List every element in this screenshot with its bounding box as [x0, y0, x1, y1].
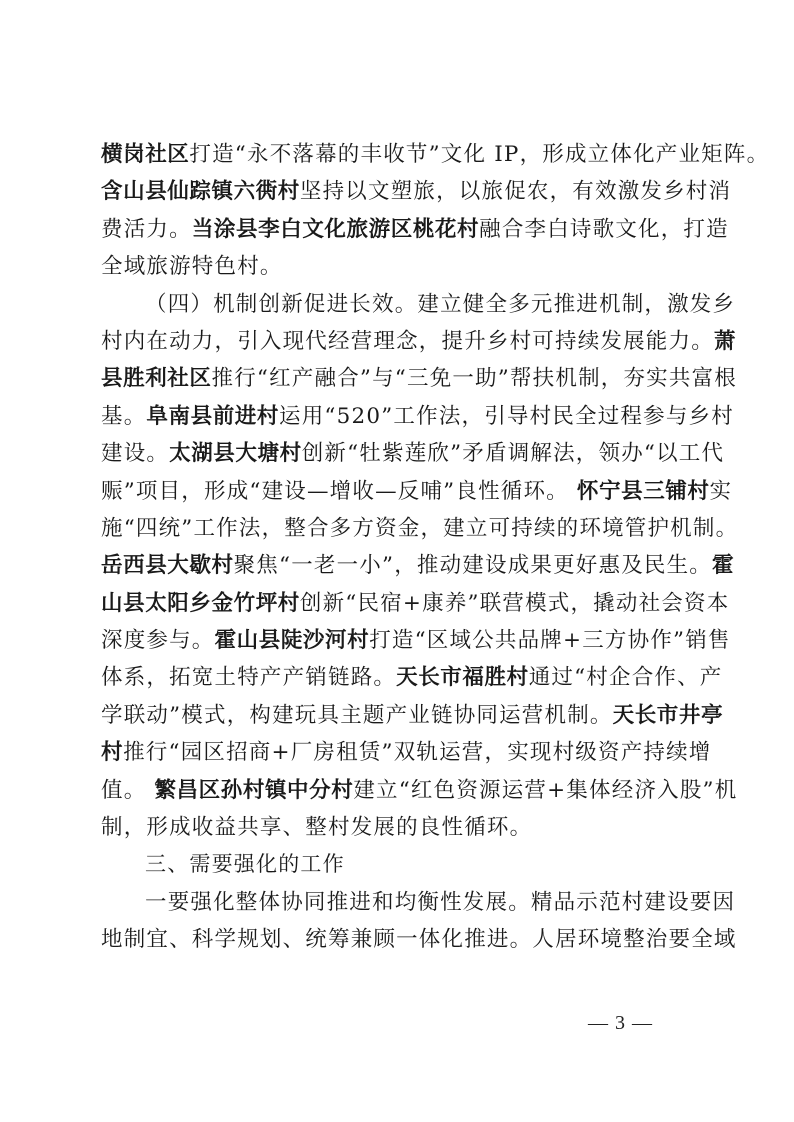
text-line: 值。 繁昌区孙村镇中分村建立“红色资源运营+集体经济入股”机: [101, 772, 701, 809]
text-segment: 聚焦“一老一小”，推动建设成果更好惠及民生。: [234, 553, 712, 578]
text-line: （四）机制创新促进长效。建立健全多元推进机制，激发乡: [101, 286, 701, 323]
text-segment: 通过“村企合作、产: [529, 665, 723, 690]
text-segment: 创新“民宿+康养”联营模式，撬动社会资本: [300, 591, 730, 616]
text-segment: 制，形成收益共享、整村发展的良性循环。: [101, 815, 532, 840]
text-segment: 深度参与。: [101, 628, 215, 653]
text-line: 县胜利社区推行“红产融合”与“三免一助”帮扶机制，夯实共富根: [101, 360, 701, 397]
bold-place-name: 村: [101, 740, 123, 765]
text-segment: 三、需要强化的工作: [145, 852, 345, 876]
bold-place-name: 阜南县前进村: [146, 404, 279, 429]
text-line: 山县太阳乡金竹坪村创新“民宿+康养”联营模式，撬动社会资本: [101, 585, 701, 622]
text-segment: 打造“永不落幕的丰收节”文化 IP，形成立体化产业矩阵。: [189, 142, 769, 167]
text-line: 制，形成收益共享、整村发展的良性循环。: [101, 809, 701, 846]
text-segment: 建立“红色资源运营+集体经济入股”机: [353, 778, 737, 803]
text-line: 村推行“园区招商+厂房租赁”双轨运营，实现村级资产持续增: [101, 734, 701, 771]
text-segment: 赈”项目，形成“建设—增收—反哺”良性循环。: [101, 479, 577, 504]
bold-place-name: 含山县仙踪镇六衖村: [101, 179, 300, 204]
text-line: 体系，拓宽土特产产销链路。天长市福胜村通过“村企合作、产: [101, 659, 701, 696]
text-line: 建设。太湖县大塘村创新“牡紫莲欣”矛盾调解法，领办“以工代: [101, 435, 701, 472]
text-segment: 基。: [101, 404, 146, 429]
body-text: 横岗社区打造“永不落幕的丰收节”文化 IP，形成立体化产业矩阵。含山县仙踪镇六衖…: [101, 136, 701, 959]
text-segment: 一要强化整体协同推进和均衡性发展。精品示范村建设要因: [145, 890, 735, 915]
text-line: 村内在动力，引入现代经营理念，提升乡村可持续发展能力。萧: [101, 323, 701, 360]
text-segment: （四）机制创新促进长效。建立健全多元推进机制，激发乡: [145, 292, 735, 317]
text-line: 一要强化整体协同推进和均衡性发展。精品示范村建设要因: [101, 884, 701, 921]
text-line: 施“四统”工作法，整合多方资金，建立可持续的环境管护机制。: [101, 510, 701, 547]
text-line: 赈”项目，形成“建设—增收—反哺”良性循环。 怀宁县三铺村实: [101, 473, 701, 510]
text-segment: 村内在动力，引入现代经营理念，提升乡村可持续发展能力。: [101, 329, 714, 354]
bold-place-name: 横岗社区: [101, 142, 189, 167]
bold-place-name: 山县太阳乡金竹坪村: [101, 591, 300, 616]
text-segment: 费活力。: [101, 217, 192, 242]
bold-place-name: 县胜利社区: [101, 366, 212, 391]
bold-place-name: 天长市井亭: [613, 703, 724, 728]
bold-place-name: 天长市福胜村: [396, 665, 529, 690]
bold-place-name: 太湖县大塘村: [169, 441, 302, 466]
text-line: 岳西县大歇村聚焦“一老一小”，推动建设成果更好惠及民生。霍: [101, 547, 701, 584]
text-segment: 体系，拓宽土特产产销链路。: [101, 665, 396, 690]
text-segment: 值。: [101, 778, 154, 803]
page-number: — 3 —: [588, 1012, 653, 1035]
text-line: 含山县仙踪镇六衖村坚持以文塑旅，以旅促农，有效激发乡村消: [101, 173, 701, 210]
text-segment: 运用“520”工作法，引导村民全过程参与乡村: [279, 404, 734, 429]
bold-place-name: 繁昌区孙村镇中分村: [154, 778, 353, 803]
text-line: 基。阜南县前进村运用“520”工作法，引导村民全过程参与乡村: [101, 398, 701, 435]
text-segment: 学联动”模式，构建玩具主题产业链协同运营机制。: [101, 703, 613, 728]
text-line: 地制宜、科学规划、统筹兼顾一体化推进。人居环境整治要全域: [101, 921, 701, 958]
text-segment: 推行“园区招商+厂房租赁”双轨运营，实现村级资产持续增: [123, 740, 711, 765]
text-segment: 坚持以文塑旅，以旅促农，有效激发乡村消: [300, 179, 731, 204]
text-segment: 实: [710, 479, 733, 504]
bold-place-name: 霍: [712, 553, 734, 578]
text-line: 全域旅游特色村。: [101, 248, 701, 285]
text-line: 费活力。当涂县李白文化旅游区桃花村融合李白诗歌文化，打造: [101, 211, 701, 248]
text-segment: 地制宜、科学规划、统筹兼顾一体化推进。人居环境整治要全域: [101, 927, 737, 952]
text-segment: 融合李白诗歌文化，打造: [479, 217, 729, 242]
bold-place-name: 怀宁县三铺村: [577, 479, 710, 504]
document-page: 横岗社区打造“永不落幕的丰收节”文化 IP，形成立体化产业矩阵。含山县仙踪镇六衖…: [0, 0, 794, 1122]
bold-place-name: 萧: [714, 329, 736, 354]
text-line: 横岗社区打造“永不落幕的丰收节”文化 IP，形成立体化产业矩阵。: [101, 136, 701, 173]
text-line: 学联动”模式，构建玩具主题产业链协同运营机制。天长市井亭: [101, 697, 701, 734]
section-heading: 三、需要强化的工作: [101, 846, 701, 883]
text-segment: 创新“牡紫莲欣”矛盾调解法，领办“以工代: [302, 441, 724, 466]
text-segment: 打造“区域公共品牌+三方协作”销售: [369, 628, 730, 653]
text-segment: 推行“红产融合”与“三免一助”帮扶机制，夯实共富根: [212, 366, 737, 391]
text-line: 深度参与。霍山县陡沙河村打造“区域公共品牌+三方协作”销售: [101, 622, 701, 659]
text-segment: 施“四统”工作法，整合多方资金，建立可持续的环境管护机制。: [101, 516, 738, 541]
bold-place-name: 岳西县大歇村: [101, 553, 234, 578]
bold-place-name: 霍山县陡沙河村: [215, 628, 370, 653]
bold-place-name: 当涂县李白文化旅游区桃花村: [192, 217, 479, 242]
text-segment: 建设。: [101, 441, 169, 466]
text-segment: 全域旅游特色村。: [101, 254, 283, 279]
